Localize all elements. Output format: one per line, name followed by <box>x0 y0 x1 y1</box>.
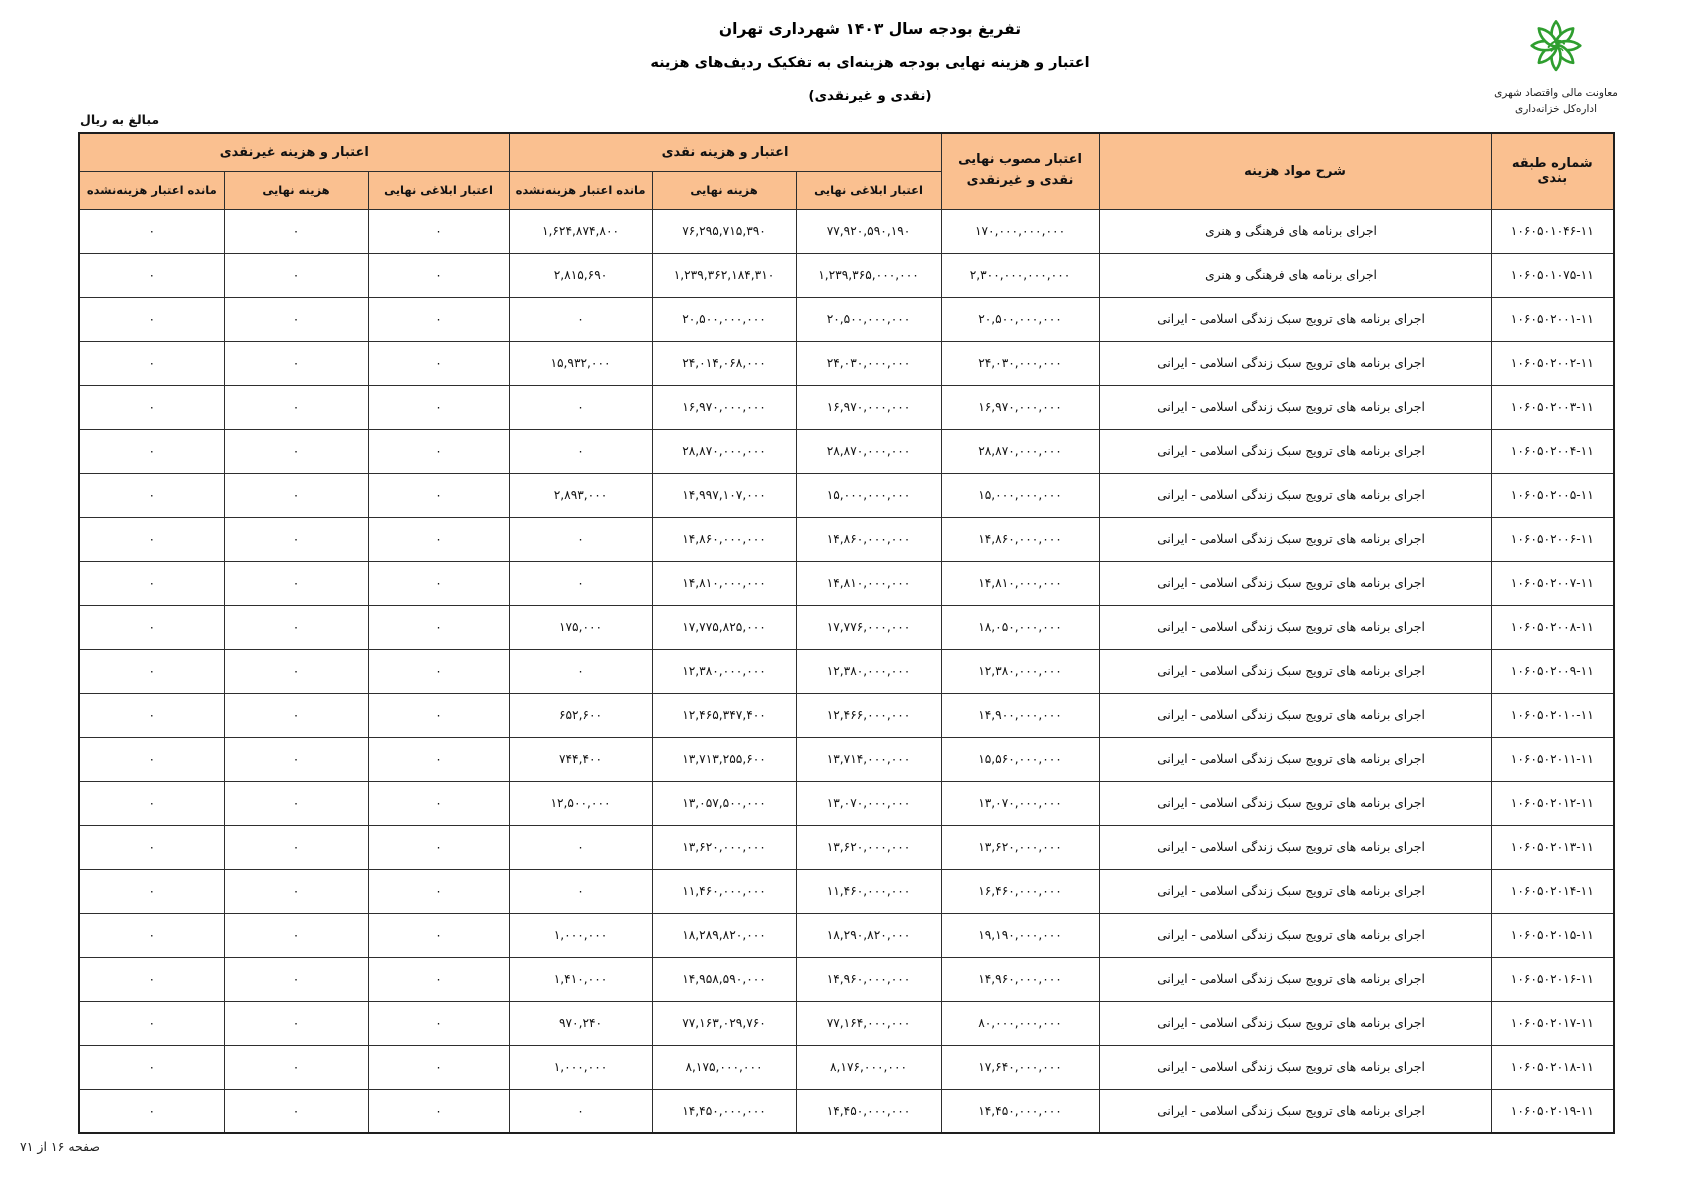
cash-allocated-cell: ۱۱,۴۶۰,۰۰۰,۰۰۰ <box>796 869 941 913</box>
noncash-allocated-cell: ۰ <box>368 605 509 649</box>
classification-cell: ۱۰۶۰۵۰۲۰۰۸-۱۱ <box>1491 605 1614 649</box>
cash-unspent-cell: ۰ <box>509 297 652 341</box>
noncash-final-cost-cell: ۰ <box>224 913 368 957</box>
page-number: صفحه ۱۶ از ۷۱ <box>20 1139 100 1154</box>
approved-total-cell: ۱۴,۹۰۰,۰۰۰,۰۰۰ <box>941 693 1099 737</box>
cash-allocated-cell: ۱۳,۰۷۰,۰۰۰,۰۰۰ <box>796 781 941 825</box>
noncash-final-cost-cell: ۰ <box>224 385 368 429</box>
cash-unspent-cell: ۹۷۰,۲۴۰ <box>509 1001 652 1045</box>
noncash-unspent-cell: ۰ <box>79 913 224 957</box>
table-row: ۱۰۶۰۵۰۱۰۴۶-۱۱اجرای برنامه های فرهنگی و ه… <box>79 209 1614 253</box>
cash-unspent-cell: ۰ <box>509 1089 652 1133</box>
table-row: ۱۰۶۰۵۰۲۰۱۵-۱۱اجرای برنامه های ترویج سبک … <box>79 913 1614 957</box>
description-cell: اجرای برنامه های ترویج سبک زندگی اسلامی … <box>1099 561 1491 605</box>
cash-allocated-cell: ۱۴,۴۵۰,۰۰۰,۰۰۰ <box>796 1089 941 1133</box>
classification-cell: ۱۰۶۰۵۰۲۰۰۹-۱۱ <box>1491 649 1614 693</box>
header-noncash-allocated: اعتبار ابلاغی نهایی <box>368 171 509 209</box>
noncash-allocated-cell: ۰ <box>368 341 509 385</box>
approved-total-cell: ۲,۳۰۰,۰۰۰,۰۰۰,۰۰۰ <box>941 253 1099 297</box>
noncash-final-cost-cell: ۰ <box>224 1045 368 1089</box>
header-cash-group: اعتبار و هزینه نقدی <box>509 133 941 171</box>
description-cell: اجرای برنامه های ترویج سبک زندگی اسلامی … <box>1099 1089 1491 1133</box>
table-row: ۱۰۶۰۵۰۲۰۱۴-۱۱اجرای برنامه های ترویج سبک … <box>79 869 1614 913</box>
noncash-final-cost-cell: ۰ <box>224 341 368 385</box>
description-cell: اجرای برنامه های ترویج سبک زندگی اسلامی … <box>1099 341 1491 385</box>
noncash-allocated-cell: ۰ <box>368 825 509 869</box>
description-cell: اجرای برنامه های ترویج سبک زندگی اسلامی … <box>1099 385 1491 429</box>
approved-total-cell: ۱۸,۰۵۰,۰۰۰,۰۰۰ <box>941 605 1099 649</box>
header-noncash-final-cost: هزینه نهایی <box>224 171 368 209</box>
noncash-unspent-cell: ۰ <box>79 869 224 913</box>
table-row: ۱۰۶۰۵۰۲۰۰۱-۱۱اجرای برنامه های ترویج سبک … <box>79 297 1614 341</box>
page-title: تفریغ بودجه سال ۱۴۰۳ شهرداری تهران <box>370 20 1370 38</box>
cash-unspent-cell: ۱۲,۵۰۰,۰۰۰ <box>509 781 652 825</box>
approved-total-cell: ۲۴,۰۳۰,۰۰۰,۰۰۰ <box>941 341 1099 385</box>
table-row: ۱۰۶۰۵۰۲۰۰۴-۱۱اجرای برنامه های ترویج سبک … <box>79 429 1614 473</box>
description-cell: اجرای برنامه های ترویج سبک زندگی اسلامی … <box>1099 957 1491 1001</box>
cash-final-cost-cell: ۲۰,۵۰۰,۰۰۰,۰۰۰ <box>652 297 796 341</box>
noncash-allocated-cell: ۰ <box>368 869 509 913</box>
table-row: ۱۰۶۰۵۰۲۰۱۱-۱۱اجرای برنامه های ترویج سبک … <box>79 737 1614 781</box>
classification-cell: ۱۰۶۰۵۰۲۰۱۷-۱۱ <box>1491 1001 1614 1045</box>
table-row: ۱۰۶۰۵۰۲۰۰۲-۱۱اجرای برنامه های ترویج سبک … <box>79 341 1614 385</box>
noncash-unspent-cell: ۰ <box>79 825 224 869</box>
noncash-unspent-cell: ۰ <box>79 1001 224 1045</box>
table-row: ۱۰۶۰۵۰۲۰۱۹-۱۱اجرای برنامه های ترویج سبک … <box>79 1089 1614 1133</box>
noncash-unspent-cell: ۰ <box>79 1045 224 1089</box>
header-description: شرح مواد هزینه <box>1099 133 1491 209</box>
description-cell: اجرای برنامه های ترویج سبک زندگی اسلامی … <box>1099 869 1491 913</box>
cash-unspent-cell: ۰ <box>509 561 652 605</box>
cash-unspent-cell: ۲,۸۹۳,۰۰۰ <box>509 473 652 517</box>
noncash-unspent-cell: ۰ <box>79 737 224 781</box>
noncash-final-cost-cell: ۰ <box>224 649 368 693</box>
tehran-municipality-logo <box>1515 12 1597 82</box>
noncash-unspent-cell: ۰ <box>79 649 224 693</box>
noncash-final-cost-cell: ۰ <box>224 1089 368 1133</box>
noncash-unspent-cell: ۰ <box>79 209 224 253</box>
noncash-final-cost-cell: ۰ <box>224 517 368 561</box>
noncash-allocated-cell: ۰ <box>368 209 509 253</box>
noncash-final-cost-cell: ۰ <box>224 429 368 473</box>
noncash-unspent-cell: ۰ <box>79 1089 224 1133</box>
noncash-unspent-cell: ۰ <box>79 693 224 737</box>
description-cell: اجرای برنامه های فرهنگی و هنری <box>1099 253 1491 297</box>
table-row: ۱۰۶۰۵۰۲۰۰۳-۱۱اجرای برنامه های ترویج سبک … <box>79 385 1614 429</box>
classification-cell: ۱۰۶۰۵۰۲۰۰۵-۱۱ <box>1491 473 1614 517</box>
cash-final-cost-cell: ۱۷,۷۷۵,۸۲۵,۰۰۰ <box>652 605 796 649</box>
cash-allocated-cell: ۲۸,۸۷۰,۰۰۰,۰۰۰ <box>796 429 941 473</box>
noncash-unspent-cell: ۰ <box>79 781 224 825</box>
table-row: ۱۰۶۰۵۰۲۰۰۶-۱۱اجرای برنامه های ترویج سبک … <box>79 517 1614 561</box>
noncash-final-cost-cell: ۰ <box>224 781 368 825</box>
noncash-allocated-cell: ۰ <box>368 561 509 605</box>
noncash-final-cost-cell: ۰ <box>224 1001 368 1045</box>
cash-final-cost-cell: ۱۴,۹۹۷,۱۰۷,۰۰۰ <box>652 473 796 517</box>
header-cash-allocated: اعتبار ابلاغی نهایی <box>796 171 941 209</box>
cash-final-cost-cell: ۱۳,۷۱۳,۲۵۵,۶۰۰ <box>652 737 796 781</box>
cash-unspent-cell: ۱,۰۰۰,۰۰۰ <box>509 1045 652 1089</box>
noncash-final-cost-cell: ۰ <box>224 297 368 341</box>
budget-table: شماره طبقه بندی شرح مواد هزینه اعتبار مص… <box>78 132 1615 1134</box>
cash-final-cost-cell: ۷۶,۲۹۵,۷۱۵,۳۹۰ <box>652 209 796 253</box>
approved-total-cell: ۲۸,۸۷۰,۰۰۰,۰۰۰ <box>941 429 1099 473</box>
cash-allocated-cell: ۱۳,۷۱۴,۰۰۰,۰۰۰ <box>796 737 941 781</box>
cash-allocated-cell: ۱۵,۰۰۰,۰۰۰,۰۰۰ <box>796 473 941 517</box>
description-cell: اجرای برنامه های ترویج سبک زندگی اسلامی … <box>1099 649 1491 693</box>
noncash-allocated-cell: ۰ <box>368 913 509 957</box>
approved-total-cell: ۱۴,۹۶۰,۰۰۰,۰۰۰ <box>941 957 1099 1001</box>
noncash-unspent-cell: ۰ <box>79 605 224 649</box>
approved-total-cell: ۱۹,۱۹۰,۰۰۰,۰۰۰ <box>941 913 1099 957</box>
cash-allocated-cell: ۱۶,۹۷۰,۰۰۰,۰۰۰ <box>796 385 941 429</box>
cash-allocated-cell: ۱۴,۹۶۰,۰۰۰,۰۰۰ <box>796 957 941 1001</box>
table-row: ۱۰۶۰۵۰۲۰۱۲-۱۱اجرای برنامه های ترویج سبک … <box>79 781 1614 825</box>
approved-total-cell: ۱۴,۸۶۰,۰۰۰,۰۰۰ <box>941 517 1099 561</box>
classification-cell: ۱۰۶۰۵۰۲۰۱۵-۱۱ <box>1491 913 1614 957</box>
header-noncash-unspent: مانده اعتبار هزینه‌نشده <box>79 171 224 209</box>
logo-block: معاونت مالی واقتصاد شهری اداره‌کل خزانه‌… <box>1466 12 1646 118</box>
cash-allocated-cell: ۲۰,۵۰۰,۰۰۰,۰۰۰ <box>796 297 941 341</box>
noncash-allocated-cell: ۰ <box>368 1045 509 1089</box>
noncash-final-cost-cell: ۰ <box>224 473 368 517</box>
description-cell: اجرای برنامه های ترویج سبک زندگی اسلامی … <box>1099 1001 1491 1045</box>
header-classification: شماره طبقه بندی <box>1491 133 1614 209</box>
cash-unspent-cell: ۰ <box>509 517 652 561</box>
description-cell: اجرای برنامه های فرهنگی و هنری <box>1099 209 1491 253</box>
page-subtitle: اعتبار و هزینه نهایی بودجه هزینه‌ای به ت… <box>370 55 1370 71</box>
classification-cell: ۱۰۶۰۵۰۲۰۰۴-۱۱ <box>1491 429 1614 473</box>
cash-final-cost-cell: ۱۲,۳۸۰,۰۰۰,۰۰۰ <box>652 649 796 693</box>
approved-total-cell: ۱۶,۹۷۰,۰۰۰,۰۰۰ <box>941 385 1099 429</box>
cash-final-cost-cell: ۱۱,۴۶۰,۰۰۰,۰۰۰ <box>652 869 796 913</box>
noncash-final-cost-cell: ۰ <box>224 253 368 297</box>
cash-allocated-cell: ۱۷,۷۷۶,۰۰۰,۰۰۰ <box>796 605 941 649</box>
noncash-final-cost-cell: ۰ <box>224 957 368 1001</box>
noncash-final-cost-cell: ۰ <box>224 693 368 737</box>
cash-final-cost-cell: ۷۷,۱۶۳,۰۲۹,۷۶۰ <box>652 1001 796 1045</box>
table-row: ۱۰۶۰۵۰۲۰۱۷-۱۱اجرای برنامه های ترویج سبک … <box>79 1001 1614 1045</box>
cash-allocated-cell: ۸,۱۷۶,۰۰۰,۰۰۰ <box>796 1045 941 1089</box>
noncash-unspent-cell: ۰ <box>79 957 224 1001</box>
page-subtitle-cash-noncash: (نقدی و غیرنقدی) <box>370 88 1370 104</box>
cash-allocated-cell: ۷۷,۱۶۴,۰۰۰,۰۰۰ <box>796 1001 941 1045</box>
noncash-allocated-cell: ۰ <box>368 429 509 473</box>
noncash-allocated-cell: ۰ <box>368 1001 509 1045</box>
description-cell: اجرای برنامه های ترویج سبک زندگی اسلامی … <box>1099 913 1491 957</box>
cash-unspent-cell: ۰ <box>509 825 652 869</box>
cash-allocated-cell: ۱۴,۸۶۰,۰۰۰,۰۰۰ <box>796 517 941 561</box>
noncash-final-cost-cell: ۰ <box>224 869 368 913</box>
cash-unspent-cell: ۱۵,۹۳۲,۰۰۰ <box>509 341 652 385</box>
header-approved-total: اعتبار مصوب نهایی نقدی و غیرنقدی <box>941 133 1099 209</box>
table-row: ۱۰۶۰۵۰۲۰۱۳-۱۱اجرای برنامه های ترویج سبک … <box>79 825 1614 869</box>
approved-total-cell: ۱۷۰,۰۰۰,۰۰۰,۰۰۰ <box>941 209 1099 253</box>
noncash-final-cost-cell: ۰ <box>224 209 368 253</box>
noncash-final-cost-cell: ۰ <box>224 561 368 605</box>
cash-final-cost-cell: ۱۳,۶۲۰,۰۰۰,۰۰۰ <box>652 825 796 869</box>
noncash-allocated-cell: ۰ <box>368 517 509 561</box>
description-cell: اجرای برنامه های ترویج سبک زندگی اسلامی … <box>1099 605 1491 649</box>
approved-total-cell: ۱۵,۵۶۰,۰۰۰,۰۰۰ <box>941 737 1099 781</box>
cash-final-cost-cell: ۲۸,۸۷۰,۰۰۰,۰۰۰ <box>652 429 796 473</box>
noncash-unspent-cell: ۰ <box>79 341 224 385</box>
classification-cell: ۱۰۶۰۵۰۲۰۱۴-۱۱ <box>1491 869 1614 913</box>
description-cell: اجرای برنامه های ترویج سبک زندگی اسلامی … <box>1099 825 1491 869</box>
noncash-final-cost-cell: ۰ <box>224 737 368 781</box>
approved-total-cell: ۲۰,۵۰۰,۰۰۰,۰۰۰ <box>941 297 1099 341</box>
classification-cell: ۱۰۶۰۵۰۲۰۱۱-۱۱ <box>1491 737 1614 781</box>
noncash-allocated-cell: ۰ <box>368 737 509 781</box>
classification-cell: ۱۰۶۰۵۰۲۰۱۸-۱۱ <box>1491 1045 1614 1089</box>
approved-total-cell: ۱۳,۶۲۰,۰۰۰,۰۰۰ <box>941 825 1099 869</box>
approved-total-cell: ۱۴,۴۵۰,۰۰۰,۰۰۰ <box>941 1089 1099 1133</box>
classification-cell: ۱۰۶۰۵۰۲۰۰۳-۱۱ <box>1491 385 1614 429</box>
cash-unspent-cell: ۱,۰۰۰,۰۰۰ <box>509 913 652 957</box>
cash-final-cost-cell: ۱۴,۴۵۰,۰۰۰,۰۰۰ <box>652 1089 796 1133</box>
cash-allocated-cell: ۱۸,۲۹۰,۸۲۰,۰۰۰ <box>796 913 941 957</box>
cash-final-cost-cell: ۱۳,۰۵۷,۵۰۰,۰۰۰ <box>652 781 796 825</box>
classification-cell: ۱۰۶۰۵۰۲۰۰۶-۱۱ <box>1491 517 1614 561</box>
cash-final-cost-cell: ۱,۲۳۹,۳۶۲,۱۸۴,۳۱۰ <box>652 253 796 297</box>
table-row: ۱۰۶۰۵۰۲۰۰۷-۱۱اجرای برنامه های ترویج سبک … <box>79 561 1614 605</box>
currency-unit-note: مبالغ به ریال <box>80 112 159 127</box>
classification-cell: ۱۰۶۰۵۰۲۰۱۳-۱۱ <box>1491 825 1614 869</box>
approved-total-cell: ۱۷,۶۴۰,۰۰۰,۰۰۰ <box>941 1045 1099 1089</box>
approved-total-cell: ۱۶,۴۶۰,۰۰۰,۰۰۰ <box>941 869 1099 913</box>
cash-unspent-cell: ۶۵۲,۶۰۰ <box>509 693 652 737</box>
description-cell: اجرای برنامه های ترویج سبک زندگی اسلامی … <box>1099 781 1491 825</box>
budget-table-body: ۱۰۶۰۵۰۱۰۴۶-۱۱اجرای برنامه های فرهنگی و ه… <box>79 209 1614 1133</box>
cash-unspent-cell: ۱۷۵,۰۰۰ <box>509 605 652 649</box>
cash-unspent-cell: ۰ <box>509 385 652 429</box>
table-row: ۱۰۶۰۵۰۲۰۰۵-۱۱اجرای برنامه های ترویج سبک … <box>79 473 1614 517</box>
approved-total-cell: ۱۳,۰۷۰,۰۰۰,۰۰۰ <box>941 781 1099 825</box>
description-cell: اجرای برنامه های ترویج سبک زندگی اسلامی … <box>1099 297 1491 341</box>
noncash-final-cost-cell: ۰ <box>224 825 368 869</box>
cash-final-cost-cell: ۸,۱۷۵,۰۰۰,۰۰۰ <box>652 1045 796 1089</box>
noncash-unspent-cell: ۰ <box>79 561 224 605</box>
noncash-allocated-cell: ۰ <box>368 781 509 825</box>
table-row: ۱۰۶۰۵۰۲۰۱۶-۱۱اجرای برنامه های ترویج سبک … <box>79 957 1614 1001</box>
cash-unspent-cell: ۰ <box>509 869 652 913</box>
noncash-unspent-cell: ۰ <box>79 473 224 517</box>
cash-final-cost-cell: ۱۴,۹۵۸,۵۹۰,۰۰۰ <box>652 957 796 1001</box>
classification-cell: ۱۰۶۰۵۰۲۰۰۱-۱۱ <box>1491 297 1614 341</box>
noncash-unspent-cell: ۰ <box>79 429 224 473</box>
classification-cell: ۱۰۶۰۵۰۲۰۱۰-۱۱ <box>1491 693 1614 737</box>
cash-allocated-cell: ۱۴,۸۱۰,۰۰۰,۰۰۰ <box>796 561 941 605</box>
cash-final-cost-cell: ۲۴,۰۱۴,۰۶۸,۰۰۰ <box>652 341 796 385</box>
logo-caption-line1: معاونت مالی واقتصاد شهری <box>1466 85 1646 101</box>
description-cell: اجرای برنامه های ترویج سبک زندگی اسلامی … <box>1099 1045 1491 1089</box>
header-cash-unspent: مانده اعتبار هزینه‌نشده <box>509 171 652 209</box>
noncash-allocated-cell: ۰ <box>368 957 509 1001</box>
cash-allocated-cell: ۱۲,۳۸۰,۰۰۰,۰۰۰ <box>796 649 941 693</box>
cash-allocated-cell: ۷۷,۹۲۰,۵۹۰,۱۹۰ <box>796 209 941 253</box>
cash-unspent-cell: ۰ <box>509 429 652 473</box>
noncash-allocated-cell: ۰ <box>368 253 509 297</box>
noncash-allocated-cell: ۰ <box>368 297 509 341</box>
noncash-allocated-cell: ۰ <box>368 693 509 737</box>
classification-cell: ۱۰۶۰۵۰۱۰۴۶-۱۱ <box>1491 209 1614 253</box>
noncash-allocated-cell: ۰ <box>368 385 509 429</box>
noncash-allocated-cell: ۰ <box>368 1089 509 1133</box>
noncash-unspent-cell: ۰ <box>79 517 224 561</box>
table-row: ۱۰۶۰۵۰۲۰۱۸-۱۱اجرای برنامه های ترویج سبک … <box>79 1045 1614 1089</box>
cash-final-cost-cell: ۱۴,۸۶۰,۰۰۰,۰۰۰ <box>652 517 796 561</box>
approved-total-cell: ۱۵,۰۰۰,۰۰۰,۰۰۰ <box>941 473 1099 517</box>
description-cell: اجرای برنامه های ترویج سبک زندگی اسلامی … <box>1099 517 1491 561</box>
classification-cell: ۱۰۶۰۵۰۱۰۷۵-۱۱ <box>1491 253 1614 297</box>
classification-cell: ۱۰۶۰۵۰۲۰۱۶-۱۱ <box>1491 957 1614 1001</box>
header-cash-final-cost: هزینه نهایی <box>652 171 796 209</box>
classification-cell: ۱۰۶۰۵۰۲۰۰۲-۱۱ <box>1491 341 1614 385</box>
noncash-unspent-cell: ۰ <box>79 253 224 297</box>
cash-unspent-cell: ۱,۶۲۴,۸۷۴,۸۰۰ <box>509 209 652 253</box>
cash-allocated-cell: ۲۴,۰۳۰,۰۰۰,۰۰۰ <box>796 341 941 385</box>
approved-total-cell: ۱۴,۸۱۰,۰۰۰,۰۰۰ <box>941 561 1099 605</box>
description-cell: اجرای برنامه های ترویج سبک زندگی اسلامی … <box>1099 693 1491 737</box>
cash-allocated-cell: ۱۲,۴۶۶,۰۰۰,۰۰۰ <box>796 693 941 737</box>
description-cell: اجرای برنامه های ترویج سبک زندگی اسلامی … <box>1099 737 1491 781</box>
table-row: ۱۰۶۰۵۰۲۰۰۸-۱۱اجرای برنامه های ترویج سبک … <box>79 605 1614 649</box>
cash-allocated-cell: ۱,۲۳۹,۳۶۵,۰۰۰,۰۰۰ <box>796 253 941 297</box>
cash-unspent-cell: ۲,۸۱۵,۶۹۰ <box>509 253 652 297</box>
approved-total-cell: ۱۲,۳۸۰,۰۰۰,۰۰۰ <box>941 649 1099 693</box>
approved-total-cell: ۸۰,۰۰۰,۰۰۰,۰۰۰ <box>941 1001 1099 1045</box>
cash-final-cost-cell: ۱۴,۸۱۰,۰۰۰,۰۰۰ <box>652 561 796 605</box>
description-cell: اجرای برنامه های ترویج سبک زندگی اسلامی … <box>1099 473 1491 517</box>
header-noncash-group: اعتبار و هزینه غیرنقدی <box>79 133 509 171</box>
classification-cell: ۱۰۶۰۵۰۲۰۱۲-۱۱ <box>1491 781 1614 825</box>
table-row: ۱۰۶۰۵۰۲۰۱۰-۱۱اجرای برنامه های ترویج سبک … <box>79 693 1614 737</box>
classification-cell: ۱۰۶۰۵۰۲۰۱۹-۱۱ <box>1491 1089 1614 1133</box>
noncash-final-cost-cell: ۰ <box>224 605 368 649</box>
table-row: ۱۰۶۰۵۰۱۰۷۵-۱۱اجرای برنامه های فرهنگی و ه… <box>79 253 1614 297</box>
noncash-allocated-cell: ۰ <box>368 649 509 693</box>
cash-unspent-cell: ۰ <box>509 649 652 693</box>
cash-unspent-cell: ۷۴۴,۴۰۰ <box>509 737 652 781</box>
cash-final-cost-cell: ۱۸,۲۸۹,۸۲۰,۰۰۰ <box>652 913 796 957</box>
cash-final-cost-cell: ۱۶,۹۷۰,۰۰۰,۰۰۰ <box>652 385 796 429</box>
cash-final-cost-cell: ۱۲,۴۶۵,۳۴۷,۴۰۰ <box>652 693 796 737</box>
logo-caption-line2: اداره‌کل خزانه‌داری <box>1466 101 1646 117</box>
noncash-unspent-cell: ۰ <box>79 297 224 341</box>
noncash-unspent-cell: ۰ <box>79 385 224 429</box>
table-row: ۱۰۶۰۵۰۲۰۰۹-۱۱اجرای برنامه های ترویج سبک … <box>79 649 1614 693</box>
cash-unspent-cell: ۱,۴۱۰,۰۰۰ <box>509 957 652 1001</box>
classification-cell: ۱۰۶۰۵۰۲۰۰۷-۱۱ <box>1491 561 1614 605</box>
description-cell: اجرای برنامه های ترویج سبک زندگی اسلامی … <box>1099 429 1491 473</box>
noncash-allocated-cell: ۰ <box>368 473 509 517</box>
cash-allocated-cell: ۱۳,۶۲۰,۰۰۰,۰۰۰ <box>796 825 941 869</box>
